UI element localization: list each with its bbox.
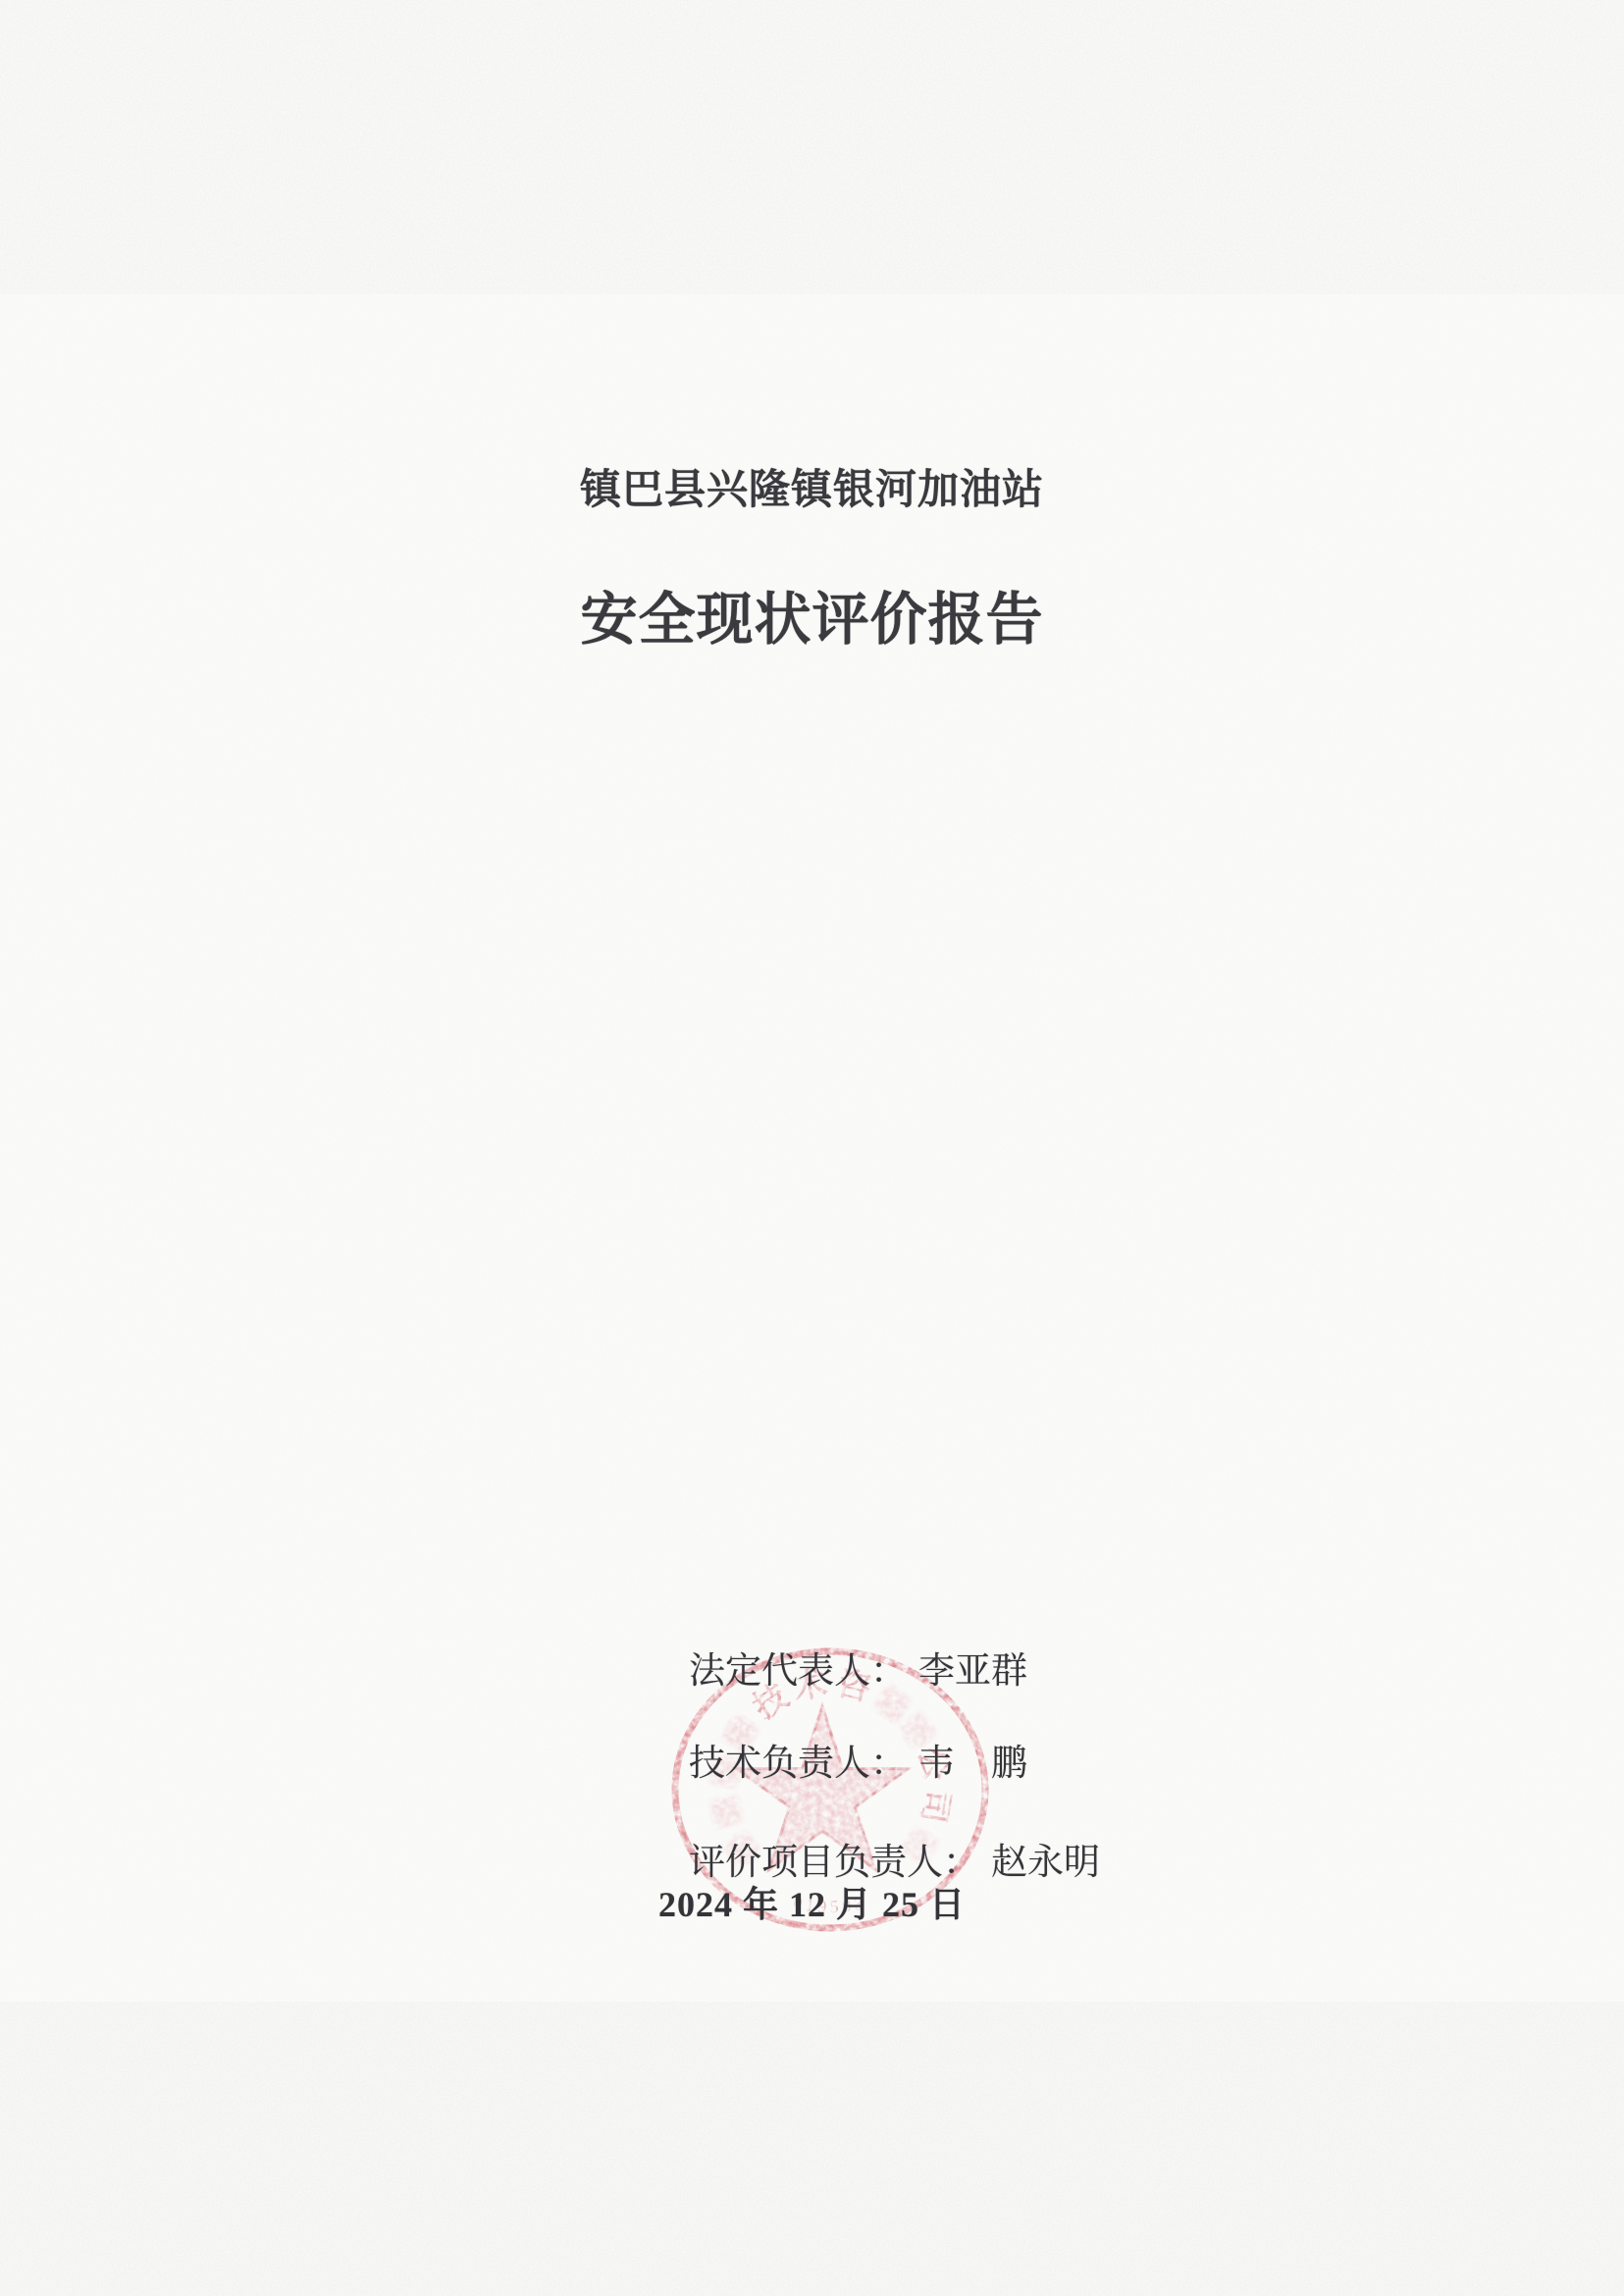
top-bleedthrough-band — [0, 0, 1624, 294]
station-name-title: 镇巴县兴隆镇银河加油站 — [0, 457, 1624, 516]
legal-representative-label: 法定代表人： — [689, 1651, 907, 1692]
report-date: 2024 年 12 月 25 日 — [0, 1877, 1624, 1927]
technical-director-name: 韦 鹏 — [918, 1744, 1027, 1784]
project-leader-row: 评价项目负责人：赵永明 — [653, 1799, 1100, 1842]
document-page: 镇巴县兴隆镇银河加油站 安全现状评价报告 技 术 咨 公 司 — [0, 0, 1624, 2296]
technical-director-label: 技术负责人： — [689, 1744, 907, 1784]
technical-director-row: 技术负责人：韦 鹏 — [653, 1699, 1027, 1743]
page-noise-texture — [0, 0, 1624, 2296]
legal-representative-row: 法定代表人：李亚群 — [653, 1607, 1027, 1650]
report-title: 安全现状评价报告 — [0, 573, 1624, 655]
scan-noise-overlay — [0, 0, 1624, 2296]
bottom-bleedthrough-band — [0, 2002, 1624, 2296]
legal-representative-name: 李亚群 — [918, 1651, 1027, 1692]
